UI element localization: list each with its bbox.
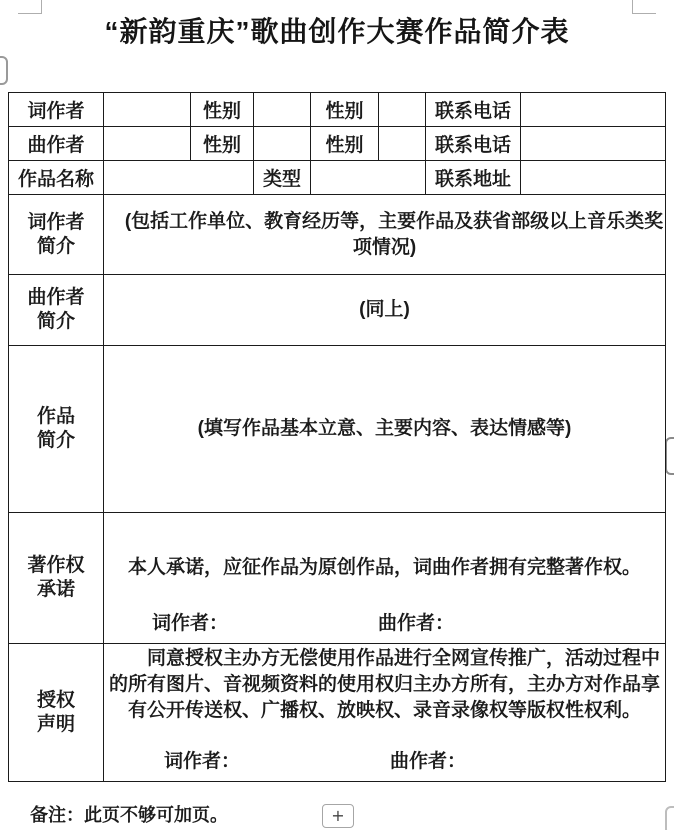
composer-bio-cell[interactable]: (同上) bbox=[104, 275, 666, 346]
lyricist-phone-cell[interactable] bbox=[521, 93, 666, 127]
authorization-cell[interactable]: 同意授权主办方无偿使用作品进行全网宣传推广，活动过程中的所有图片、音视频资料的使… bbox=[104, 644, 666, 782]
signature-row: 词作者： 曲作者： bbox=[104, 749, 665, 775]
table-row: 词作者 简介 (包括工作单位、教育经历等，主要作品及获省部级以上音乐类奖项情况) bbox=[9, 195, 666, 275]
composer-name-cell[interactable] bbox=[104, 127, 191, 161]
lyricist-gender1-cell[interactable] bbox=[254, 93, 311, 127]
lyricist-phone-label: 联系电话 bbox=[426, 93, 521, 127]
lyricist-signature-label: 词作者： bbox=[152, 611, 228, 637]
lyricist-bio-cell[interactable]: (包括工作单位、教育经历等，主要作品及获省部级以上音乐类奖项情况) bbox=[104, 195, 666, 275]
table-row: 著作权 承诺 本人承诺，应征作品为原创作品，词曲作者拥有完整著作权。 词作者： … bbox=[9, 513, 666, 644]
edge-widget-right[interactable] bbox=[665, 437, 674, 475]
composer-gender1-label: 性别 bbox=[191, 127, 254, 161]
composer-gender2-label: 性别 bbox=[311, 127, 379, 161]
composer-signature-label: 曲作者： bbox=[378, 611, 454, 637]
edge-widget-left[interactable] bbox=[0, 56, 8, 85]
edge-widget-bottom-right[interactable] bbox=[665, 806, 674, 830]
work-type-cell[interactable] bbox=[311, 161, 426, 195]
work-intro-cell[interactable]: (填写作品基本立意、主要内容、表达情感等) bbox=[104, 346, 666, 513]
lyricist-bio-hint: (包括工作单位、教育经历等，主要作品及获省部级以上音乐类奖项情况) bbox=[104, 209, 665, 261]
lyricist-bio-label: 词作者 简介 bbox=[9, 195, 104, 275]
lyricist-gender1-label: 性别 bbox=[191, 93, 254, 127]
authorization-label: 授权 声明 bbox=[9, 644, 104, 782]
table-row: 词作者 性别 性别 联系电话 bbox=[9, 93, 666, 127]
table-row: 曲作者 简介 (同上) bbox=[9, 275, 666, 346]
table-row: 授权 声明 同意授权主办方无偿使用作品进行全网宣传推广，活动过程中的所有图片、音… bbox=[9, 644, 666, 782]
document-page: “新韵重庆”歌曲创作大赛作品简介表 词作者 性别 性别 联系电话 曲作者 性别 … bbox=[0, 0, 674, 830]
authorization-text: 同意授权主办方无偿使用作品进行全网宣传推广，活动过程中的所有图片、音视频资料的使… bbox=[104, 646, 665, 724]
work-intro-hint: (填写作品基本立意、主要内容、表达情感等) bbox=[198, 418, 572, 439]
lyricist-gender2-cell[interactable] bbox=[379, 93, 426, 127]
address-cell[interactable] bbox=[521, 161, 666, 195]
work-intro-label: 作品 简介 bbox=[9, 346, 104, 513]
work-type-label: 类型 bbox=[254, 161, 311, 195]
lyricist-label: 词作者 bbox=[9, 93, 104, 127]
work-name-label: 作品名称 bbox=[9, 161, 104, 195]
work-name-cell[interactable] bbox=[104, 161, 254, 195]
composer-gender1-cell[interactable] bbox=[254, 127, 311, 161]
composer-signature-label: 曲作者： bbox=[390, 749, 466, 775]
table-row: 作品 简介 (填写作品基本立意、主要内容、表达情感等) bbox=[9, 346, 666, 513]
composer-bio-label: 曲作者 简介 bbox=[9, 275, 104, 346]
lyricist-gender2-label: 性别 bbox=[311, 93, 379, 127]
add-page-button[interactable]: + bbox=[322, 804, 354, 828]
signature-row: 词作者： 曲作者： bbox=[104, 611, 665, 637]
page-title: “新韵重庆”歌曲创作大赛作品简介表 bbox=[0, 12, 674, 52]
composer-gender2-cell[interactable] bbox=[379, 127, 426, 161]
composer-phone-cell[interactable] bbox=[521, 127, 666, 161]
entry-form-table: 词作者 性别 性别 联系电话 曲作者 性别 性别 联系电话 作品名称 类型 联系… bbox=[8, 92, 666, 782]
table-row: 曲作者 性别 性别 联系电话 bbox=[9, 127, 666, 161]
composer-label: 曲作者 bbox=[9, 127, 104, 161]
table-row: 作品名称 类型 联系地址 bbox=[9, 161, 666, 195]
lyricist-signature-label: 词作者： bbox=[164, 749, 240, 775]
composer-bio-hint: (同上) bbox=[359, 299, 410, 320]
copyright-promise-label: 著作权 承诺 bbox=[9, 513, 104, 644]
composer-phone-label: 联系电话 bbox=[426, 127, 521, 161]
lyricist-name-cell[interactable] bbox=[104, 93, 191, 127]
copyright-promise-text: 本人承诺，应征作品为原创作品，词曲作者拥有完整著作权。 bbox=[104, 555, 665, 581]
copyright-promise-cell[interactable]: 本人承诺，应征作品为原创作品，词曲作者拥有完整著作权。 词作者： 曲作者： bbox=[104, 513, 666, 644]
footer-note: 备注：此页不够可加页。 bbox=[30, 801, 228, 827]
address-label: 联系地址 bbox=[426, 161, 521, 195]
